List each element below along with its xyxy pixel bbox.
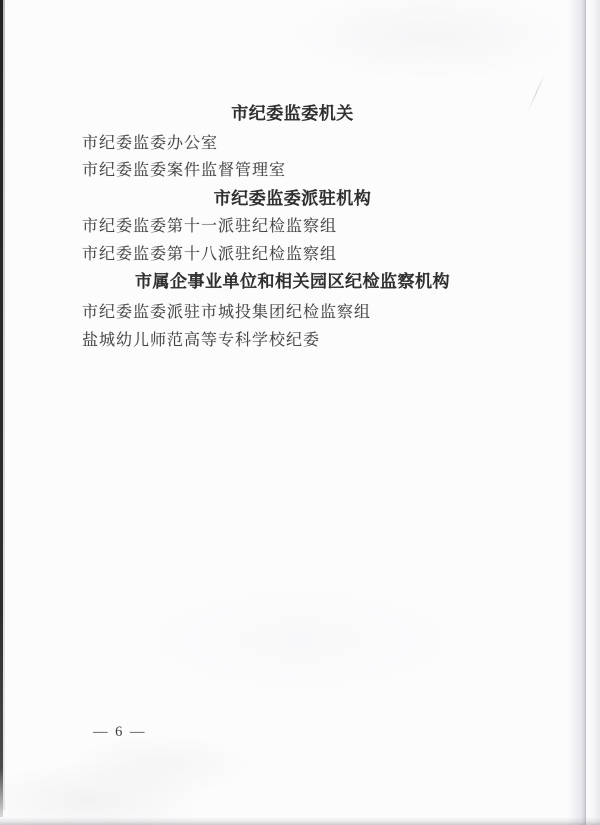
org-line-3: 市纪委监委第十一派驻纪检监察组 xyxy=(82,216,560,238)
section-heading-1: 市纪委监委机关 xyxy=(0,103,585,125)
org-line-1: 市纪委监委办公室 xyxy=(82,133,560,155)
section-heading-2: 市纪委监委派驻机构 xyxy=(0,188,585,210)
org-line-4: 市纪委监委第十八派驻纪检监察组 xyxy=(82,244,560,266)
scan-bottom-edge-band xyxy=(0,817,600,825)
org-line-2: 市纪委监委案件监督管理室 xyxy=(82,160,560,182)
org-line-5: 市纪委监委派驻市城投集团纪检监察组 xyxy=(82,302,560,324)
scan-right-margin-band xyxy=(586,0,600,825)
section-heading-3: 市属企事业单位和相关园区纪检监察机构 xyxy=(0,271,585,293)
page-number: — 6 — xyxy=(93,724,147,741)
scanned-document-page: 市纪委监委机关 市纪委监委办公室 市纪委监委案件监督管理室 市纪委监委派驻机构 … xyxy=(0,0,600,825)
org-line-6: 盐城幼儿师范高等专科学校纪委 xyxy=(82,330,560,352)
